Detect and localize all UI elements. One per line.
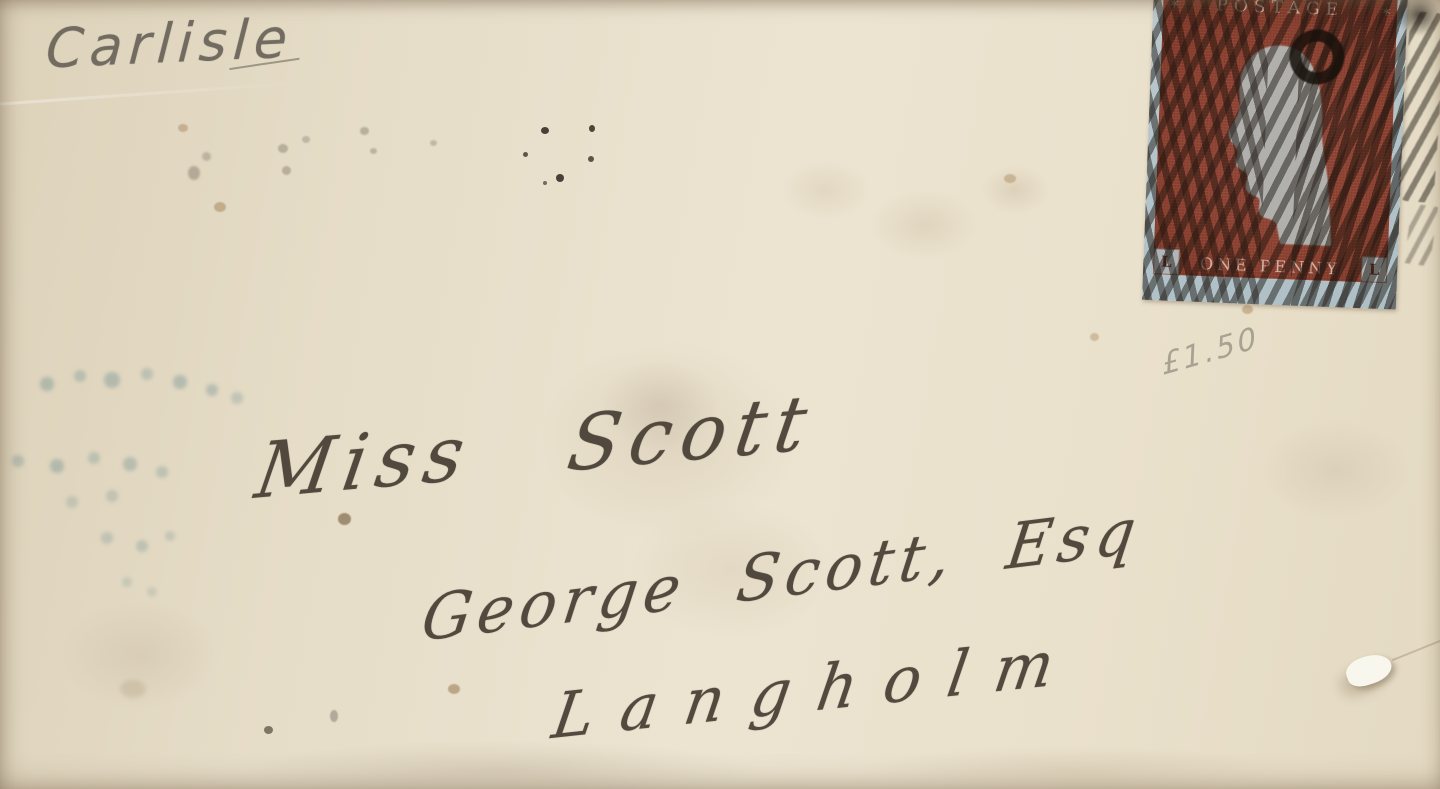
foxing-spot [448, 684, 460, 694]
ink-speck [556, 174, 564, 182]
blue-datestamp-postmark [8, 362, 16, 370]
ink-speck [543, 181, 547, 185]
ink-smudge [278, 144, 288, 153]
ink-smudge [202, 152, 211, 161]
ink-speck [523, 152, 528, 157]
stamp-postage-label: POSTAGE [1185, 0, 1376, 22]
penny-red-stamp: ✶ POSTAGE ✶ L ONE PENNY L [1142, 0, 1408, 310]
foxing-spot [1242, 305, 1253, 314]
paper-crease [0, 82, 299, 106]
foxing-spot [1004, 174, 1016, 183]
cancellation-edge-marks [1404, 203, 1438, 266]
foxing-spot [178, 124, 188, 132]
queen-victoria-profile-icon [1196, 36, 1354, 254]
ink-smudge [370, 148, 377, 154]
star-ornament-icon: ✶ [1375, 4, 1398, 20]
stamp-corner-letter-left: L [1153, 248, 1180, 275]
stamp-header: ✶ POSTAGE ✶ [1163, 0, 1398, 25]
stamp-corner-letter-right: L [1361, 256, 1388, 283]
ink-smudge [188, 166, 200, 180]
address-line-recipient: Miss Scott [250, 377, 822, 516]
ink-smudge [282, 166, 291, 175]
ink-speck [541, 127, 549, 134]
foxing-spot [330, 710, 338, 722]
stamp-printed-design: ✶ POSTAGE ✶ L ONE PENNY L [1153, 0, 1398, 283]
foxing-spot [338, 513, 351, 525]
ink-smudge [360, 127, 369, 135]
envelope-photo: Carlisle £1.50 Miss Scott George Scott, … [0, 0, 1440, 789]
pencil-annotation-carlisle: Carlisle [44, 6, 295, 80]
ink-smudge [430, 140, 437, 146]
address-line-care-of: George Scott, Esq [417, 493, 1146, 656]
ink-speck [588, 156, 594, 162]
foxing-spot [1090, 333, 1099, 341]
paper-tear-highlight [1343, 650, 1395, 691]
address-line-town: Langholm [548, 623, 1087, 753]
foxing-spot [214, 202, 226, 212]
star-ornament-icon: ✶ [1163, 0, 1186, 12]
foxing-spot [120, 680, 146, 698]
ink-speck [589, 125, 595, 132]
paper-tear-crease [1392, 637, 1440, 661]
foxing-spot [264, 726, 273, 734]
pencil-annotation-price: £1.50 [1159, 320, 1261, 383]
ink-smudge [302, 136, 310, 143]
